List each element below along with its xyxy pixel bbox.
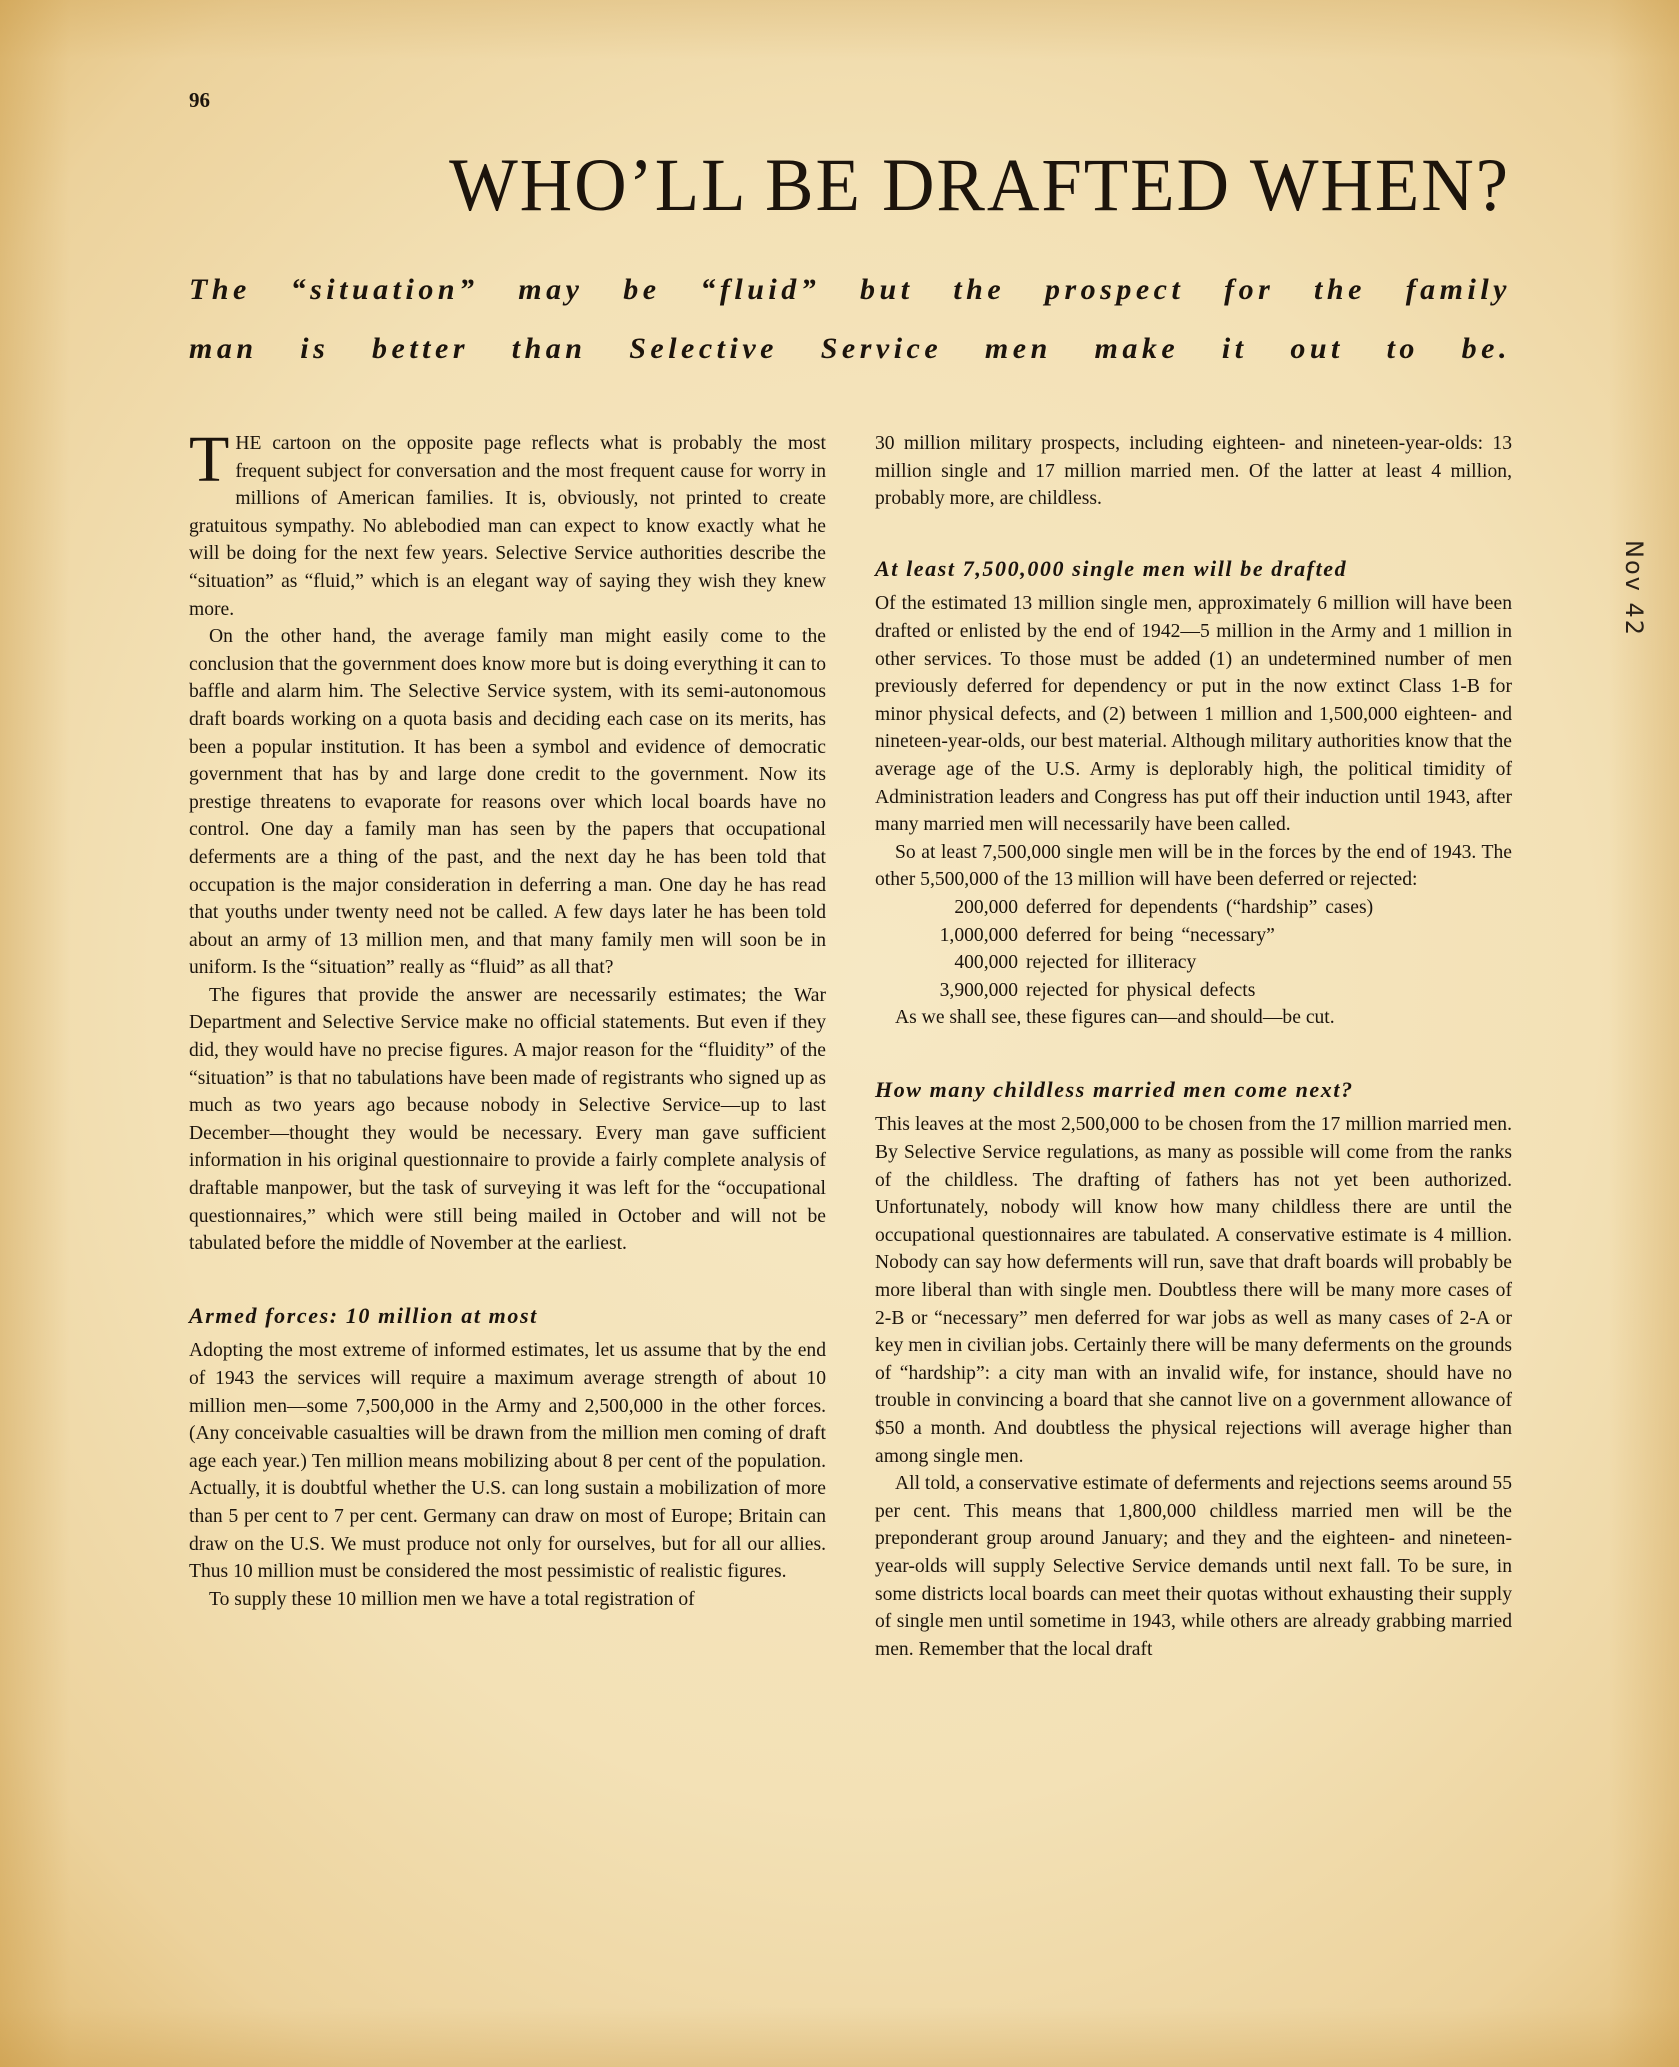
magazine-page: 96 WHO’LL BE DRAFTED WHEN? The “situatio… [0, 0, 1679, 2067]
body-paragraph: The figures that provide the answer are … [189, 982, 826, 1258]
right-column: 30 million military prospects, including… [875, 430, 1512, 1663]
deferral-reason: rejected for illiteracy [1026, 949, 1196, 977]
deferral-reason: rejected for physical defects [1026, 977, 1255, 1005]
deferral-count: 3,900,000 [875, 977, 1026, 1005]
deferral-reason: deferred for being “necessary” [1026, 922, 1275, 950]
body-paragraph: This leaves at the most 2,500,000 to be … [875, 1111, 1512, 1470]
section-heading-married-men: How many childless married men come next… [875, 1076, 1512, 1104]
handwritten-margin-note: Nov 42 [1620, 540, 1648, 637]
deferral-count: 200,000 [875, 894, 1026, 922]
deferral-list-item: 1,000,000 deferred for being “necessary” [875, 922, 1512, 950]
intro-paragraph: THE cartoon on the opposite page reflect… [189, 430, 826, 623]
body-paragraph: So at least 7,500,000 single men will be… [875, 839, 1512, 894]
deferral-list-item: 400,000 rejected for illiteracy [875, 949, 1512, 977]
deferral-reason: deferred for dependents (“hardship” case… [1026, 894, 1373, 922]
deferral-list-item: 3,900,000 rejected for physical defects [875, 977, 1512, 1005]
section-heading-single-men: At least 7,500,000 single men will be dr… [875, 555, 1512, 583]
body-paragraph: Adopting the most extreme of informed es… [189, 1337, 826, 1585]
body-paragraph: As we shall see, these figures can—and s… [875, 1004, 1512, 1032]
body-paragraph: All told, a conservative estimate of def… [875, 1470, 1512, 1663]
deferral-count: 400,000 [875, 949, 1026, 977]
deck-line-2: man is better than Selective Service men… [189, 319, 1511, 378]
deferral-count: 1,000,000 [875, 922, 1026, 950]
drop-cap: T [189, 434, 229, 486]
body-paragraph: On the other hand, the average family ma… [189, 623, 826, 982]
left-column: THE cartoon on the opposite page reflect… [189, 430, 826, 1613]
article-title: WHO’LL BE DRAFTED WHEN? [385, 146, 1510, 226]
intro-text: HE cartoon on the opposite page reflects… [189, 433, 826, 620]
deferral-list: 200,000 deferred for dependents (“hardsh… [875, 894, 1512, 1004]
deferral-list-item: 200,000 deferred for dependents (“hardsh… [875, 894, 1512, 922]
body-paragraph: Of the estimated 13 million single men, … [875, 590, 1512, 838]
page-number: 96 [189, 88, 210, 113]
deck-line-1: The “situation” may be “fluid” but the p… [189, 260, 1511, 319]
continued-paragraph: 30 million military prospects, including… [875, 430, 1512, 513]
section-heading-armed-forces: Armed forces: 10 million at most [189, 1302, 826, 1330]
body-paragraph: To supply these 10 million men we have a… [189, 1586, 826, 1614]
article-deck: The “situation” may be “fluid” but the p… [189, 260, 1511, 378]
